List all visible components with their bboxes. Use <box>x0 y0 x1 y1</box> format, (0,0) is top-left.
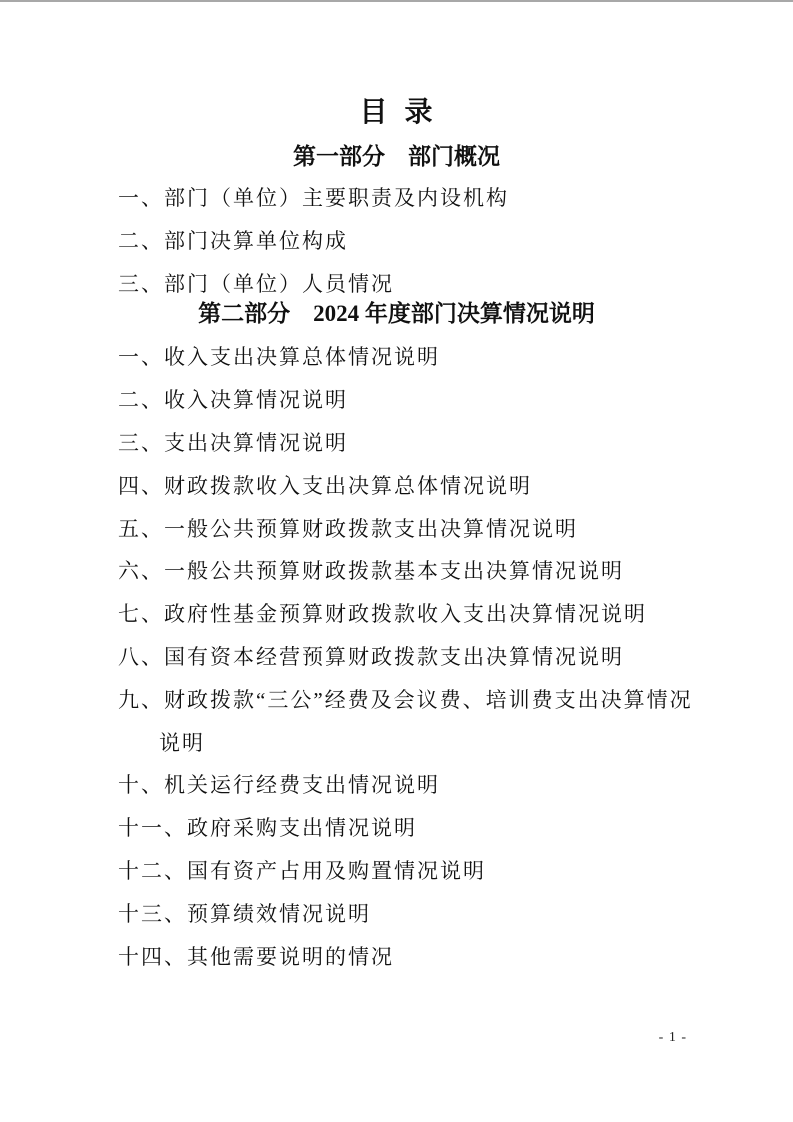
toc-item-2-2: 二、收入决算情况说明 <box>118 379 683 422</box>
section-2-list: 一、收入支出决算总体情况说明 二、收入决算情况说明 三、支出决算情况说明 四、财… <box>118 336 683 978</box>
toc-item-2-12: 十二、国有资产占用及购置情况说明 <box>118 850 683 893</box>
section-1-heading: 第一部分 部门概况 <box>0 142 793 172</box>
toc-item-2-10: 十、机关运行经费支出情况说明 <box>118 764 683 807</box>
toc-item-2-11: 十一、政府采购支出情况说明 <box>118 807 683 850</box>
toc-item-2-9-continuation: 说明 <box>118 722 683 765</box>
toc-item-2-6: 六、一般公共预算财政拨款基本支出决算情况说明 <box>118 550 683 593</box>
toc-item-2-1: 一、收入支出决算总体情况说明 <box>118 336 683 379</box>
document-page: 目 录 第一部分 部门概况 一、部门（单位）主要职责及内设机构 二、部门决算单位… <box>0 0 793 1122</box>
toc-item-2-7: 七、政府性基金预算财政拨款收入支出决算情况说明 <box>118 593 683 636</box>
toc-title: 目 录 <box>0 2 793 130</box>
page-number: - 1 - <box>659 1030 687 1046</box>
toc-item-2-8: 八、国有资本经营预算财政拨款支出决算情况说明 <box>118 636 683 679</box>
toc-item-2-9: 九、财政拨款“三公”经费及会议费、培训费支出决算情况 <box>118 679 683 722</box>
toc-item-2-13: 十三、预算绩效情况说明 <box>118 893 683 936</box>
toc-item-2-14: 十四、其他需要说明的情况 <box>118 936 683 979</box>
toc-item-1-1: 一、部门（单位）主要职责及内设机构 <box>118 177 683 220</box>
toc-item-2-3: 三、支出决算情况说明 <box>118 422 683 465</box>
toc-item-2-4: 四、财政拨款收入支出决算总体情况说明 <box>118 465 683 508</box>
toc-item-1-2: 二、部门决算单位构成 <box>118 220 683 263</box>
section-1-list: 一、部门（单位）主要职责及内设机构 二、部门决算单位构成 三、部门（单位）人员情… <box>118 177 683 305</box>
toc-item-2-5: 五、一般公共预算财政拨款支出决算情况说明 <box>118 508 683 551</box>
